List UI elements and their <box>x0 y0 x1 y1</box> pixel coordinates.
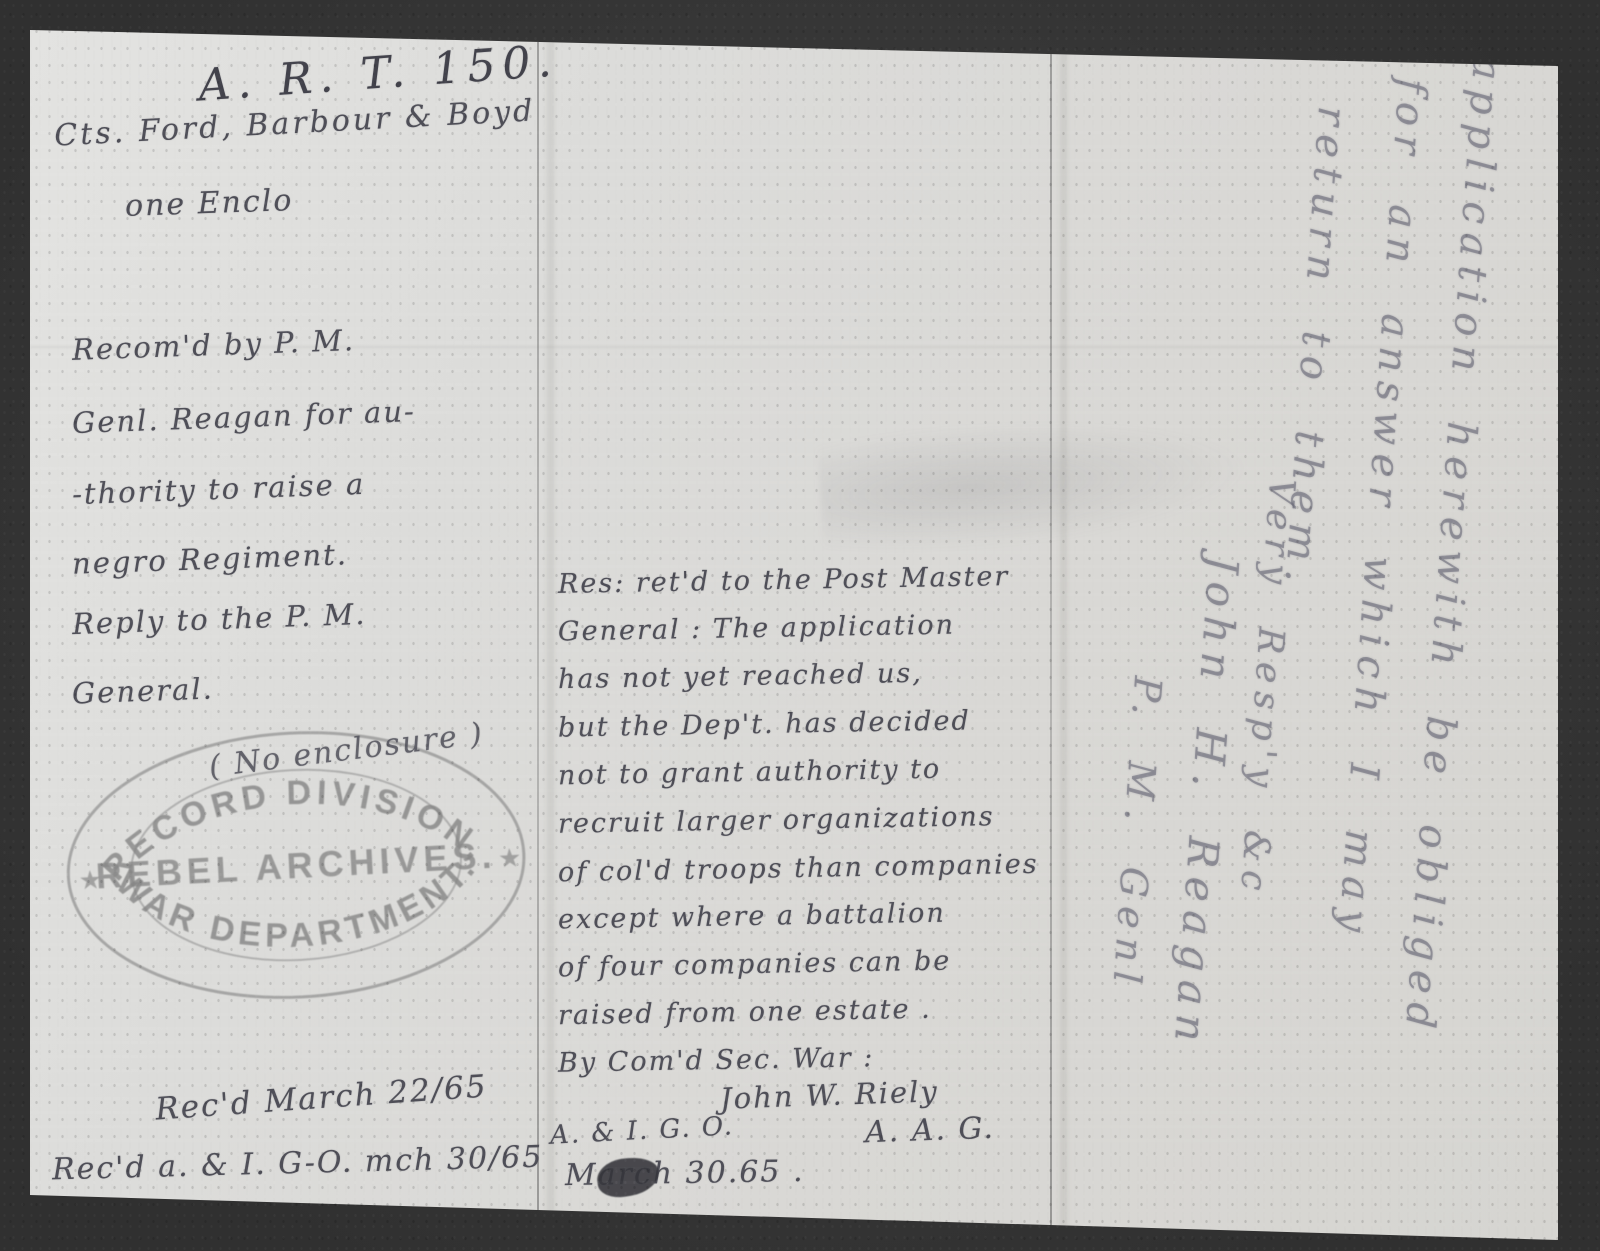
fold-line-right <box>1050 28 1052 1240</box>
fold-line-left <box>537 28 539 1240</box>
endorsement-body-line: not to grant authority to <box>558 754 942 792</box>
fold-shadow-left <box>547 28 554 1240</box>
endorsement-body-line: has not yet reached us, <box>558 658 923 695</box>
endorsement-body-line: Res: ret'd to the Post Master <box>558 561 1010 600</box>
signer-title: A. A. G. <box>864 1111 995 1151</box>
received-date: Rec'd March 22/65 <box>154 1068 489 1127</box>
rotated-signer-title: P. M. Genl <box>1104 675 1170 994</box>
endorsement-body-line: but the Dep't. has decided <box>558 705 971 743</box>
reply-line: Reply to the P. M. <box>71 597 366 641</box>
received-note: Rec'd a. & I. G-O. mch 30/65 <box>52 1140 544 1188</box>
summary-line: Recom'd by P. M. <box>71 323 355 367</box>
summary-line: Genl. Reagan for au- <box>72 394 417 440</box>
star-icon: ★ <box>497 843 522 874</box>
bleedthrough-smudge <box>816 405 1254 560</box>
endorsement-body-line: of col'd troops than companies <box>558 849 1039 888</box>
document-paper: A. R. T. 150. Cts. Ford, Barbour & Boyd … <box>30 28 1558 1240</box>
summary-line: negro Regiment. <box>71 537 348 581</box>
endorsement-body-line: By Com'd Sec. War : <box>558 1042 875 1079</box>
fold-shadow-right <box>1060 28 1067 1240</box>
rotated-endorsement-line: Very Resp'y &c <box>1232 477 1302 900</box>
star-icon: ★ <box>78 865 103 896</box>
endorsement-body-line: recruit larger organizations <box>558 801 995 840</box>
endorsement-body-line: of four companies can be <box>558 946 952 984</box>
scanned-document-photo: A. R. T. 150. Cts. Ford, Barbour & Boyd … <box>0 0 1600 1251</box>
enclosure-note: one Enclo <box>124 183 293 224</box>
endorsement-body-line: raised from one estate . <box>558 994 932 1032</box>
summary-line: -thority to raise a <box>71 467 365 511</box>
office-abbreviation: A. & I. G. O. <box>549 1111 734 1151</box>
rotated-signature: John H. Reagan <box>1165 555 1248 1053</box>
clerk-signature: John W. Riely <box>719 1074 939 1116</box>
endorsement-body-line: General : The application <box>558 610 956 648</box>
endorsement-body-line: except where a battalion <box>558 898 946 936</box>
reply-line: General. <box>71 672 214 711</box>
